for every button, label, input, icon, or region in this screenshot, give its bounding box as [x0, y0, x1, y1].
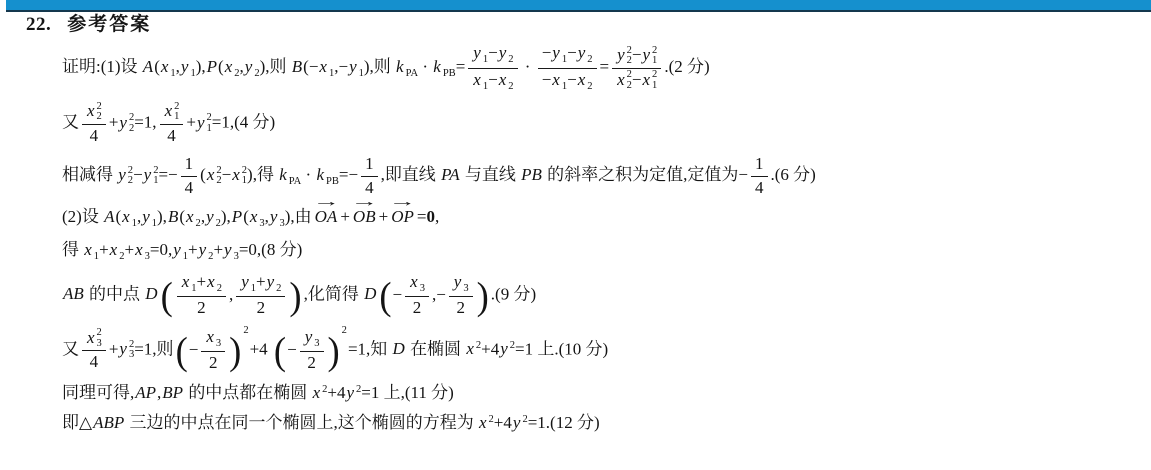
math-fraction: 14: [181, 154, 198, 198]
math-text: 1: [755, 154, 764, 173]
math-numerator: x1+x2: [177, 272, 226, 298]
math-text: (: [218, 57, 224, 76]
math-var-sub: x1: [318, 57, 334, 76]
math-text: 2: [456, 298, 465, 317]
math-var-subsup: x22: [616, 70, 632, 89]
math-variable: x: [478, 413, 488, 432]
math-text: =−: [339, 165, 358, 184]
math-subscript: 1: [174, 112, 179, 123]
math-text: 与直线: [461, 165, 521, 184]
vector-arrow-icon: →: [379, 195, 426, 209]
math-var-sub: x3: [409, 272, 425, 291]
math-var-sub: x2: [577, 70, 593, 89]
math-variable: x: [642, 70, 652, 89]
math-numerator: 1: [361, 154, 378, 176]
math-text: =: [417, 207, 427, 226]
math-var-sub: x3: [134, 240, 150, 259]
math-variable: AP: [134, 383, 157, 402]
math-variable: x: [109, 240, 119, 259]
math-variable: y: [118, 113, 128, 132]
math-subsup-stack: 22: [97, 102, 102, 123]
math-variable: y: [240, 272, 250, 291]
math-variable: x: [616, 70, 626, 89]
solution-line-6: AB 的中点 D(x1+x22,y1+y22),化简得 D(−x32,−y32)…: [62, 272, 1145, 319]
math-variable: x: [551, 70, 561, 89]
math-text: −: [189, 339, 199, 361]
solution-line-4: (2)设 A(x1,y1),B(x2,y2),P(x3,y3),由→OA+→OB…: [62, 206, 1145, 231]
solution-line-8: 同理可得,AP,BP 的中点都在椭圆 x2+4y2=1 上,(11 分): [62, 382, 1145, 404]
math-text: ),得: [247, 165, 278, 184]
math-variable: x: [224, 57, 234, 76]
math-variable: A: [142, 57, 154, 76]
right-paren: ): [327, 333, 341, 367]
solution-line-7: 又x234+y23=1,则(−x32)2+4 (−y32)2=1,知 D 在椭圆…: [62, 327, 1145, 374]
math-subscript: 2: [97, 112, 102, 123]
math-var-sub: y1: [180, 57, 196, 76]
math-denominator: 2: [303, 352, 320, 373]
math-text: =0,(8 分): [239, 240, 302, 259]
math-text: =−: [158, 165, 177, 184]
math-denominator: 4: [751, 177, 768, 198]
math-variable: k: [432, 57, 442, 76]
math-variable: k: [278, 165, 288, 184]
math-variable: y: [304, 327, 314, 346]
math-variable: x: [181, 272, 191, 291]
math-fraction: x224: [82, 101, 106, 146]
math-variable: y: [117, 165, 127, 184]
math-text: ),由: [285, 207, 312, 226]
math-fraction: y1+y22: [236, 272, 285, 319]
math-text: 2: [307, 353, 316, 372]
left-paren: (: [175, 333, 189, 367]
math-variable: y: [223, 240, 233, 259]
math-text: −: [488, 70, 498, 89]
math-var-sub: y3: [453, 272, 469, 291]
math-subsup-stack: 21: [174, 102, 179, 123]
math-subscript: 2: [508, 81, 513, 92]
math-text: 相减得: [62, 165, 117, 184]
math-numerator: y3: [449, 272, 473, 298]
math-subsup-stack: 23: [97, 328, 102, 349]
math-subscript: 3: [420, 283, 425, 294]
math-denominator: −x1−x2: [538, 69, 597, 94]
math-subscript: 3: [216, 338, 221, 349]
math-text: +4: [250, 339, 272, 358]
math-var-subsup: y22: [117, 165, 133, 184]
math-variable: y: [172, 240, 182, 259]
math-fraction: y22−y21x22−x21: [612, 45, 661, 91]
math-variable: x: [498, 70, 508, 89]
math-text: +: [99, 240, 109, 259]
math-text: 的中点: [85, 284, 145, 303]
math-variable: y: [498, 43, 508, 62]
math-text: +: [256, 272, 266, 291]
math-var-subsup: x21: [231, 165, 247, 184]
left-paren: (: [273, 333, 287, 367]
math-variable: x: [185, 207, 195, 226]
math-variable: x: [160, 57, 170, 76]
math-var-sub: y2: [244, 57, 260, 76]
math-variable: D: [144, 284, 158, 303]
math-var-sub: y2: [498, 43, 514, 62]
math-text: ·: [301, 165, 315, 184]
math-subscript: PA: [289, 176, 302, 187]
math-paren-group: (−x32)2: [175, 327, 249, 374]
math-numerator: x22: [82, 101, 106, 125]
math-variable: x: [472, 70, 482, 89]
math-variable: x: [577, 70, 587, 89]
math-variable: y: [141, 207, 151, 226]
math-text: ·: [418, 57, 432, 76]
math-variable: x: [134, 240, 144, 259]
math-denominator: 4: [181, 177, 198, 198]
math-variable: P: [206, 57, 218, 76]
math-var-sup: x2: [465, 339, 481, 358]
math-var-subsup: x22: [86, 101, 102, 120]
math-variable: x: [231, 165, 241, 184]
math-variable: y: [642, 45, 652, 64]
math-paren-inner: −x32: [189, 327, 228, 374]
math-variable: AB: [62, 284, 85, 303]
math-denominator: 4: [86, 351, 103, 372]
math-text: 2: [209, 353, 218, 372]
math-text: 4: [755, 178, 764, 197]
math-paren-group: (x1+x22,y1+y22): [160, 272, 303, 319]
math-variable: y: [345, 383, 355, 402]
math-text: ,: [229, 284, 233, 306]
math-text: ,: [435, 207, 439, 226]
math-variable: A: [103, 207, 115, 226]
math-var-subsup: y23: [118, 339, 134, 358]
math-var-sub: x3: [205, 327, 221, 346]
math-vector: →OA: [314, 206, 339, 228]
math-fraction: −y1−y2−x1−x2: [538, 43, 597, 93]
math-denominator: 2: [409, 297, 426, 318]
math-var-sub: x3: [249, 207, 265, 226]
math-variable: y: [551, 43, 561, 62]
math-text: =1,: [134, 113, 156, 132]
math-text: =0,: [150, 240, 172, 259]
math-text: +: [109, 113, 119, 132]
math-denominator: 2: [193, 297, 210, 318]
math-var-sub: y1: [172, 240, 188, 259]
math-denominator: 2: [205, 352, 222, 373]
math-text: ),: [221, 207, 231, 226]
math-variable: x: [312, 383, 322, 402]
math-vector: →OB: [352, 206, 377, 228]
math-var-subsup: y21: [196, 113, 212, 132]
math-fraction: y32: [449, 272, 473, 319]
question-number: 22.: [26, 14, 51, 35]
math-text: 在椭圆: [406, 339, 466, 358]
math-variable: ABP: [92, 413, 125, 432]
math-text: +4: [327, 383, 345, 402]
math-var-sub: x1: [551, 70, 567, 89]
math-text: −: [567, 70, 577, 89]
math-text: (: [154, 57, 160, 76]
math-text: ,即直线: [381, 165, 441, 184]
math-variable: y: [499, 339, 509, 358]
math-denominator: x1−x2: [468, 69, 517, 94]
math-subscript: 1: [652, 81, 657, 92]
math-text: (−: [303, 57, 318, 76]
math-var-sub: y3: [269, 207, 285, 226]
math-variable: P: [231, 207, 243, 226]
math-subscript: 3: [97, 339, 102, 350]
math-variable: x: [318, 57, 328, 76]
math-var-subsup: y21: [642, 45, 658, 64]
math-var-subsup: x23: [86, 328, 102, 347]
math-text: ,−: [334, 57, 348, 76]
math-text: −: [632, 45, 642, 64]
math-variable: y: [205, 207, 215, 226]
math-var-sub: y2: [577, 43, 593, 62]
math-text: (: [200, 165, 206, 184]
math-var-subsup: x21: [164, 101, 180, 120]
math-text: +: [188, 240, 198, 259]
math-text: =1.(12 分): [528, 413, 600, 432]
math-variable: x: [86, 328, 96, 347]
math-text: −: [542, 43, 552, 62]
solution-line-1: 证明:(1)设 A(x1,y1),P(x2,y2),则 B(−x1,−y1),则…: [62, 43, 1145, 93]
math-var-subsup: x22: [206, 165, 222, 184]
math-text: 证明:(1)设: [62, 57, 142, 76]
math-paren-group: (−x32,−y32): [378, 272, 489, 319]
math-text: .(2 分): [664, 57, 709, 76]
math-fraction: x234: [82, 328, 106, 373]
math-variable: OP: [390, 207, 415, 226]
math-subscript: 1: [652, 56, 657, 67]
math-text: =1 上.(10 分): [515, 339, 608, 358]
math-text: =1 上,(11 分): [361, 383, 454, 402]
math-variable: PA: [440, 165, 461, 184]
math-variable: D: [363, 284, 377, 303]
math-var-sub: y1: [141, 207, 157, 226]
math-variable: OB: [352, 207, 377, 226]
math-var-sub: y3: [223, 240, 239, 259]
math-text: −: [287, 339, 297, 361]
right-paren: ): [288, 278, 302, 312]
math-text: −: [542, 70, 552, 89]
math-text: 得: [62, 240, 83, 259]
math-paren-inner: −y32: [287, 327, 326, 374]
math-text: +: [186, 113, 196, 132]
math-text: 的斜率之积为定值,定值为−: [543, 165, 748, 184]
solution-line-9: 即△ABP 三边的中点在同一个椭圆上,这个椭圆的方程为 x2+4y2=1.(12…: [62, 412, 1145, 434]
math-text: .(9 分): [491, 284, 536, 303]
math-text: =: [456, 57, 466, 76]
math-denominator: 2: [253, 297, 270, 318]
math-bold-zero: 0: [426, 207, 435, 226]
math-numerator: −y1−y2: [538, 43, 597, 69]
math-subscript: 3: [463, 283, 468, 294]
math-text: ·: [521, 57, 535, 76]
math-variable: x: [249, 207, 259, 226]
math-var-sub: y1: [472, 43, 488, 62]
math-denominator: 4: [86, 125, 103, 146]
math-variable: k: [315, 165, 325, 184]
math-variable: y: [143, 165, 153, 184]
math-subscript: PB: [443, 68, 456, 79]
math-variable: y: [348, 57, 358, 76]
math-var-sub: x1: [181, 272, 197, 291]
solution-line-2: 又x224+y22=1,x214+y21=1,(4 分): [62, 101, 1145, 146]
math-text: −: [488, 43, 498, 62]
math-var-sub: x2: [185, 207, 201, 226]
math-var-sub: x1: [160, 57, 176, 76]
math-text: =: [600, 57, 610, 76]
left-paren: (: [160, 278, 174, 312]
right-paren: ): [476, 278, 490, 312]
math-var-sub: x2: [206, 272, 222, 291]
math-var-sub: x1: [83, 240, 99, 259]
math-variable: BP: [161, 383, 184, 402]
math-variable: y: [180, 57, 190, 76]
math-variable: x: [83, 240, 93, 259]
math-text: +4: [481, 339, 499, 358]
math-var-sup: x2: [312, 383, 328, 402]
math-text: +4: [494, 413, 512, 432]
math-fraction: y32: [300, 327, 324, 374]
math-text: −: [567, 43, 577, 62]
math-variable: y: [244, 57, 254, 76]
math-variable: y: [269, 207, 279, 226]
math-text: ,化简得: [304, 284, 364, 303]
math-text: 又: [62, 113, 79, 132]
answer-heading-title: 参考答案: [67, 14, 151, 35]
math-numerator: x23: [82, 328, 106, 352]
math-subsup-stack: 21: [652, 70, 657, 91]
math-variable: y: [196, 113, 206, 132]
math-variable: y: [577, 43, 587, 62]
math-text: −: [222, 165, 232, 184]
math-variable: x: [465, 339, 475, 358]
math-variable: y: [118, 339, 128, 358]
math-var-sup: x2: [478, 413, 494, 432]
math-var-sub: y3: [304, 327, 320, 346]
math-variable: x: [86, 101, 96, 120]
math-var-sub: kPB: [315, 165, 338, 184]
math-var-sub: y1: [551, 43, 567, 62]
math-fraction: x1+x22: [177, 272, 226, 319]
math-variable: y: [472, 43, 482, 62]
math-var-sub: x1: [472, 70, 488, 89]
math-subscript: 2: [587, 81, 592, 92]
math-text: .(6 分): [771, 165, 816, 184]
math-variable: x: [164, 101, 174, 120]
math-denominator: x22−x21: [612, 69, 661, 92]
math-subscript: 3: [314, 338, 319, 349]
math-variable: y: [453, 272, 463, 291]
math-var-sub: x2: [224, 57, 240, 76]
math-variable: x: [206, 272, 216, 291]
math-variable: PB: [520, 165, 543, 184]
math-text: =1,则: [134, 339, 173, 358]
math-var-sub: y2: [198, 240, 214, 259]
math-variable: x: [205, 327, 215, 346]
math-text: +: [379, 207, 389, 226]
math-subscript: 2: [587, 54, 592, 65]
math-variable: y: [616, 45, 626, 64]
math-numerator: y1−y2: [468, 43, 517, 69]
math-text: +: [124, 240, 134, 259]
math-var-sub: kPA: [395, 57, 418, 76]
math-text: +: [197, 272, 207, 291]
math-numerator: y3: [300, 327, 324, 353]
math-text: ,−: [432, 284, 446, 306]
solution-line-3: 相减得 y22−y21=−14(x22−x21),得 kPA · kPB=−14…: [62, 154, 1145, 198]
math-var-subsup: y22: [118, 113, 134, 132]
math-text: (2)设: [62, 207, 103, 226]
math-variable: x: [121, 207, 131, 226]
math-text: +: [109, 339, 119, 358]
math-numerator: y1+y2: [236, 272, 285, 298]
math-subscript: PA: [406, 68, 419, 79]
math-text: −: [133, 165, 143, 184]
math-text: 又: [62, 339, 79, 358]
math-var-sub: y2: [205, 207, 221, 226]
math-variable: OA: [314, 207, 339, 226]
math-var-sub: y1: [240, 272, 256, 291]
math-variable: x: [206, 165, 216, 184]
math-text: =1,知: [348, 339, 392, 358]
math-var-sub: y2: [266, 272, 282, 291]
math-var-subsup: y21: [143, 165, 159, 184]
math-text: 1: [185, 154, 194, 173]
math-text: 的中点都在椭圆: [184, 383, 312, 402]
math-text: (: [243, 207, 249, 226]
math-var-sub: x1: [121, 207, 137, 226]
math-text: −: [632, 70, 642, 89]
math-var-sub: x2: [498, 70, 514, 89]
solution-steps: 证明:(1)设 A(x1,y1),P(x2,y2),则 B(−x1,−y1),则…: [0, 43, 1151, 434]
math-numerator: 1: [751, 154, 768, 176]
math-subscript: PB: [326, 176, 339, 187]
math-text: 即△: [62, 413, 92, 432]
math-text: 4: [90, 352, 99, 371]
math-text: 4: [90, 126, 99, 145]
math-numerator: 1: [181, 154, 198, 176]
math-text: ),则: [364, 57, 395, 76]
math-fraction: x214: [160, 101, 184, 146]
math-text: +: [213, 240, 223, 259]
math-text: =1,(4 分): [212, 113, 275, 132]
math-fraction: 14: [361, 154, 378, 198]
math-variable: x: [409, 272, 419, 291]
math-denominator: 2: [452, 297, 469, 318]
math-numerator: x21: [160, 101, 184, 125]
math-var-subsup: y22: [616, 45, 632, 64]
math-subscript: 2: [508, 54, 513, 65]
math-superscript: 2: [342, 324, 347, 338]
math-fraction: x32: [405, 272, 429, 319]
math-text: 2: [197, 298, 206, 317]
math-variable: B: [167, 207, 179, 226]
answer-sheet-page: 22.参考答案 证明:(1)设 A(x1,y1),P(x2,y2),则 B(−x…: [0, 0, 1151, 470]
math-var-sup: y2: [512, 413, 528, 432]
math-fraction: y1−y2x1−x2: [468, 43, 517, 93]
math-vector: →OP: [390, 206, 415, 228]
solution-line-5: 得 x1+x2+x3=0,y1+y2+y3=0,(8 分): [62, 239, 1145, 264]
math-superscript: 2: [243, 324, 248, 338]
math-subscript: 2: [217, 283, 222, 294]
math-text: 4: [167, 126, 176, 145]
math-denominator: 4: [163, 125, 180, 146]
math-text: 2: [257, 298, 266, 317]
math-variable: y: [512, 413, 522, 432]
math-text: ),则: [260, 57, 291, 76]
math-var-sub: kPB: [432, 57, 455, 76]
